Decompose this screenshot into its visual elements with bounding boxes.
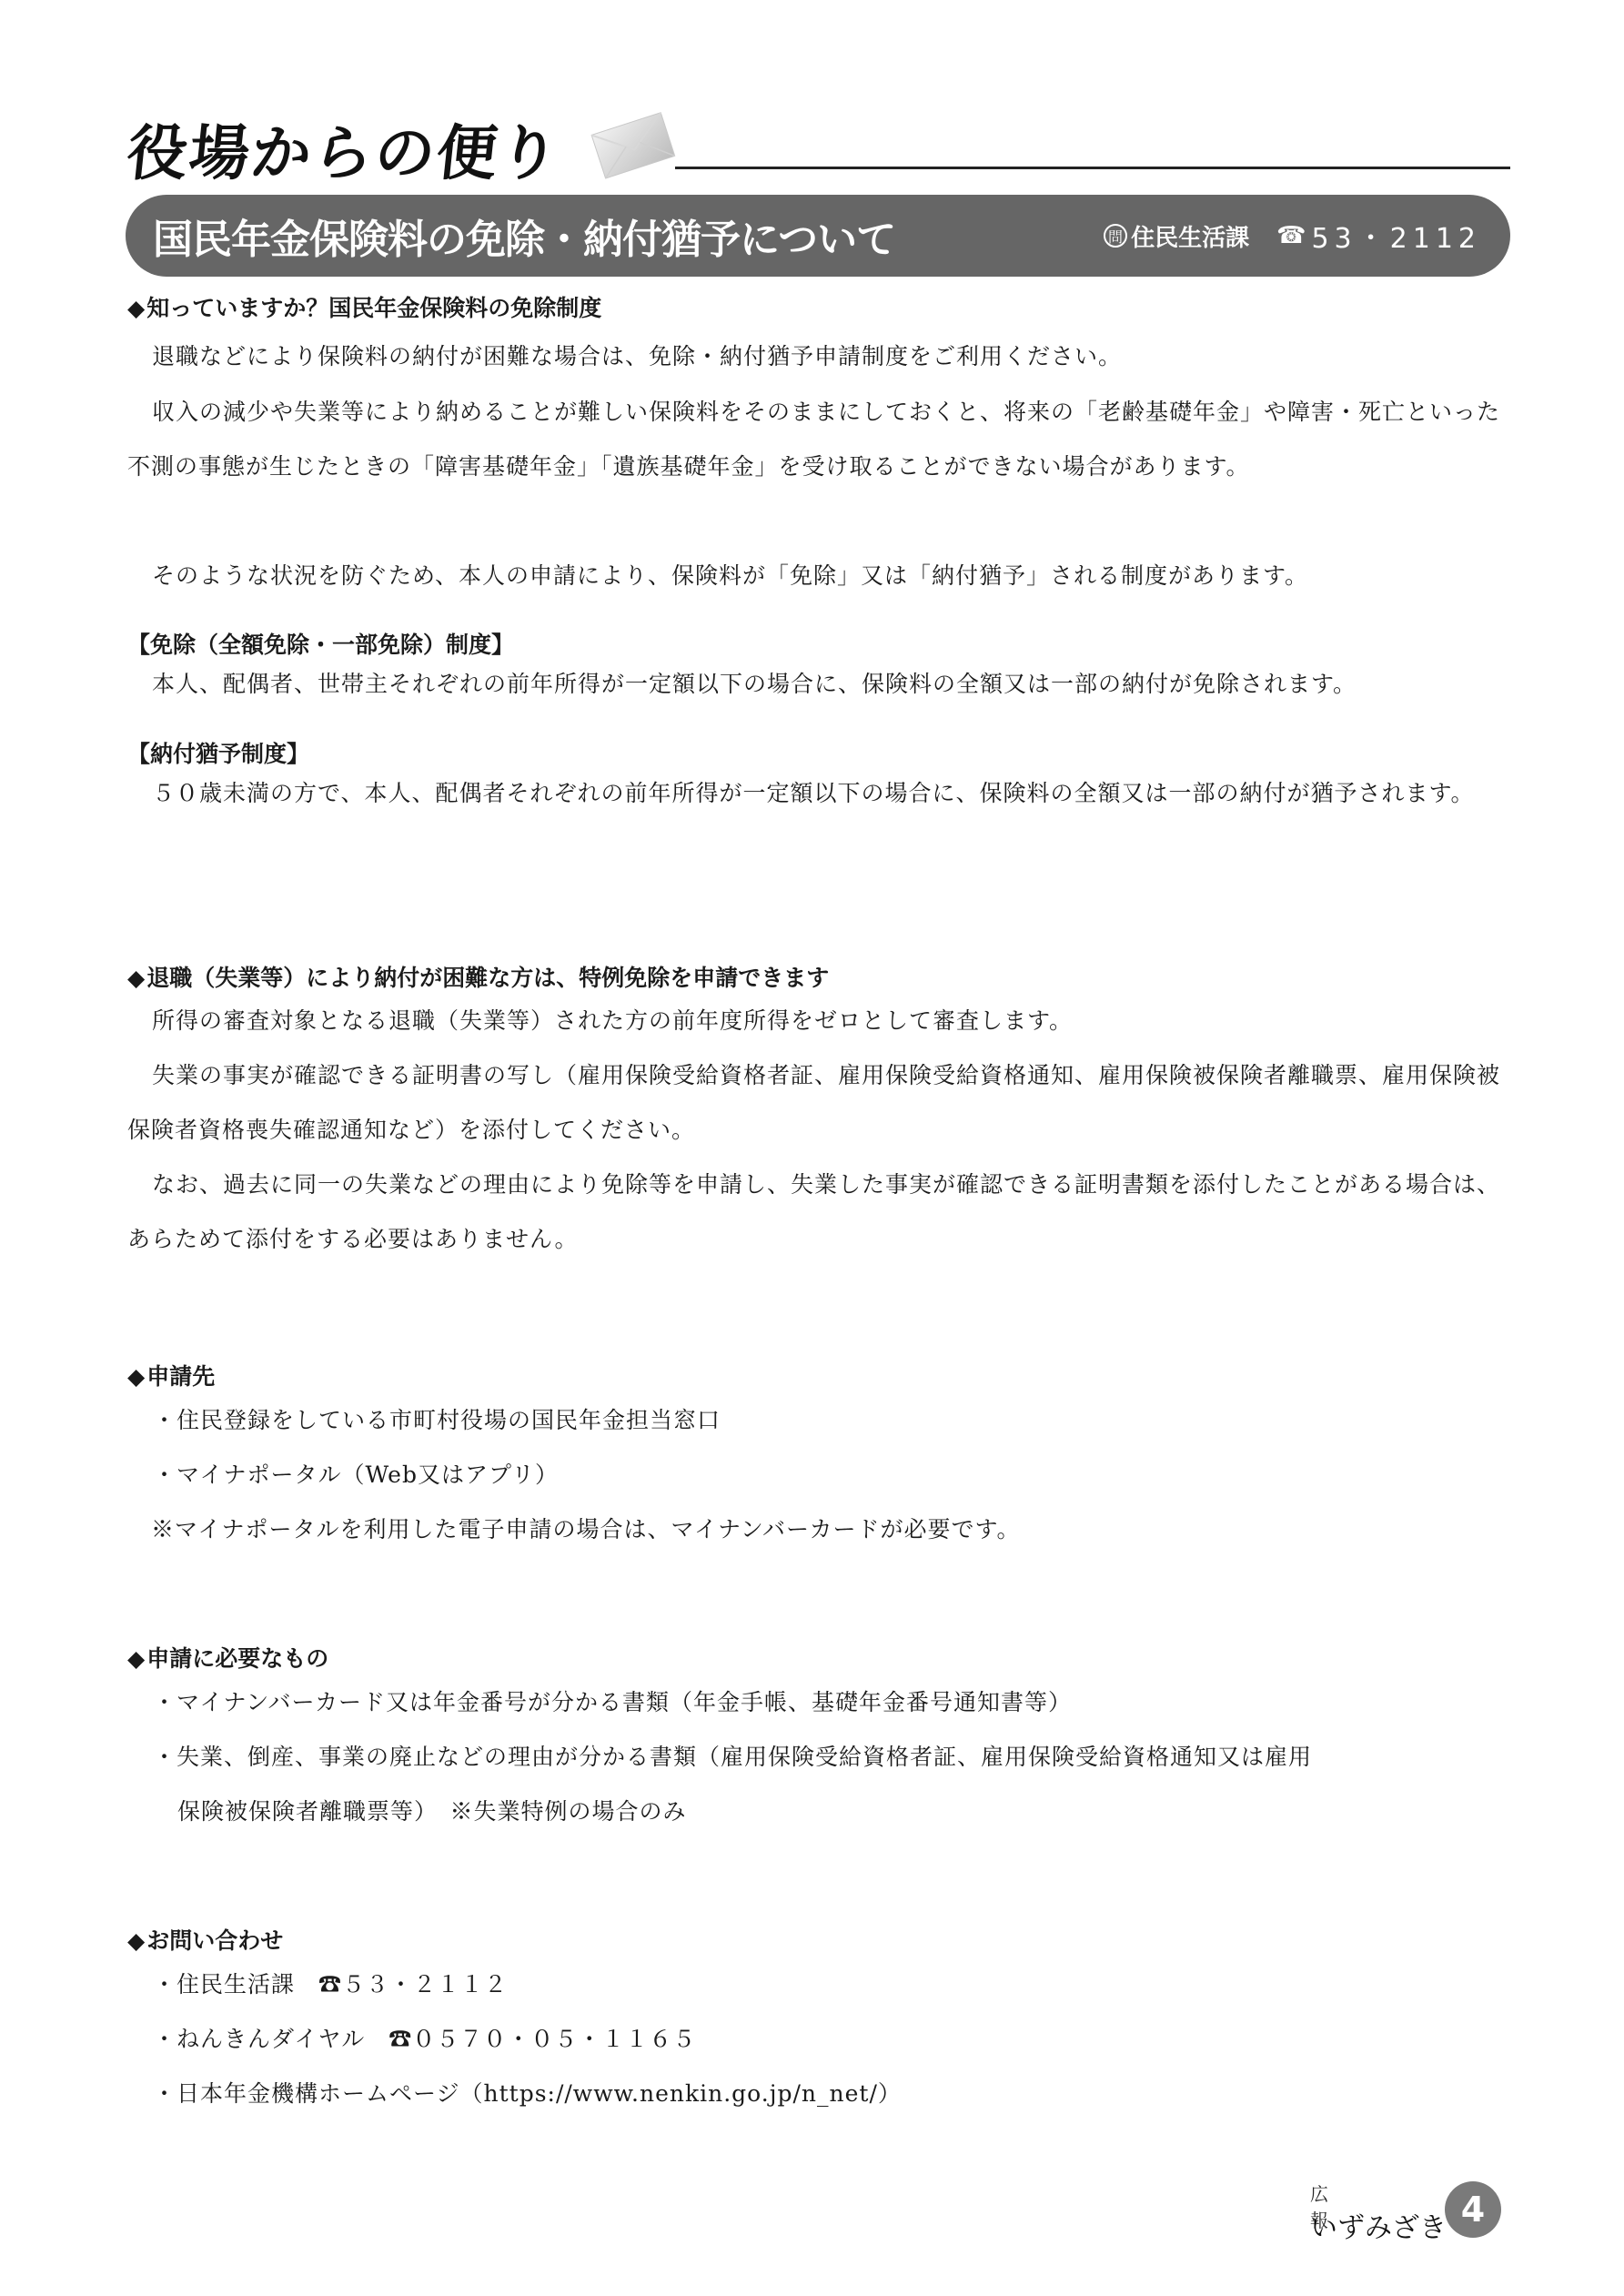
list-item-continuation: 保険被保険者離職票等） ※失業特例の場合のみ xyxy=(127,1785,1560,1839)
article-title-bar: 国民年金保険料の免除・納付猶予について 問 住民生活課 ☎ 53・2112 xyxy=(126,195,1510,277)
envelope-icon xyxy=(587,106,678,179)
section-application-place: ◆申請先 xyxy=(127,1365,1510,1392)
paragraph: そのような状況を防ぐため、本人の申請により、保険料が「免除」又は「納付猶予」され… xyxy=(127,549,1510,603)
title-phone-number: 53・2112 xyxy=(1311,216,1481,256)
list-item: ・マイナンバーカード又は年金番号が分かる書類（年金手帳、基礎年金番号通知書等） xyxy=(127,1675,1536,1730)
diamond-bullet-icon: ◆ xyxy=(127,297,145,319)
paragraph: 所得の審査対象となる退職（失業等）された方の前年度所得をゼロとして審査します。 xyxy=(127,994,1510,1048)
masthead-title: 役場からの便り xyxy=(125,124,564,184)
contact-item-website[interactable]: ・日本年金機構ホームページ（https://www.nenkin.go.jp/n… xyxy=(127,2067,1536,2121)
list-item: ・住民登録をしている市町村役場の国民年金担当窓口 xyxy=(127,1393,1536,1448)
section-special-exemption: ◆退職（失業等）により納付が困難な方は、特例免除を申請できます xyxy=(127,966,1510,994)
newsletter-page: 役場からの便り 国民年金保険料の免除・納付猶予について 問 住民生活課 ☎ 53 xyxy=(0,0,1624,2296)
section-contact: ◆お問い合わせ xyxy=(127,1929,1510,1957)
paragraph: 失業の事実が確認できる証明書の写し（雇用保険受給資格者証、雇用保険受給資格通知、… xyxy=(127,1048,1510,1158)
inquiry-mark-icon: 問 xyxy=(1104,224,1127,248)
footer-publication-name: いずみざき xyxy=(1310,2205,1447,2245)
paragraph: 本人、配偶者、世帯主それぞれの前年所得が一定額以下の場合に、保険料の全額又は一部… xyxy=(127,657,1510,712)
diamond-bullet-icon: ◆ xyxy=(127,1929,145,1952)
contact-item: ・ねんきんダイヤル ☎０５７０・０５・１１６５ xyxy=(127,2012,1536,2067)
contact-item: ・住民生活課 ☎５３・２１１２ xyxy=(127,1957,1536,2012)
note: ※マイナポータルを利用した電子申請の場合は、マイナンバーカードが必要です。 xyxy=(127,1502,1534,1557)
paragraph: なお、過去に同一の失業などの理由により免除等を申請し、失業した事実が確認できる証… xyxy=(127,1158,1510,1267)
section-required-documents: ◆申請に必要なもの xyxy=(127,1647,1510,1674)
masthead-rule xyxy=(675,167,1510,169)
page-number-badge: 4 xyxy=(1445,2181,1501,2238)
section-exemption-system: ◆知っていますか？国民年金保険料の免除制度 xyxy=(127,297,1510,324)
paragraph: 収入の減少や失業等により納めることが難しい保険料をそのままにしておくと、将来の「… xyxy=(127,385,1510,494)
phone-icon: ☎ xyxy=(1276,222,1306,249)
diamond-bullet-icon: ◆ xyxy=(127,966,145,989)
paragraph: ５０歳未満の方で、本人、配偶者それぞれの前年所得が一定額以下の場合に、保険料の全… xyxy=(127,766,1510,821)
section-heading: ◆知っていますか？国民年金保険料の免除制度 xyxy=(127,297,1510,324)
title-contact: 問 住民生活課 ☎ 53・2112 xyxy=(1104,216,1481,256)
title-department: 住民生活課 xyxy=(1131,219,1249,253)
list-item: ・マイナポータル（Web又はアプリ） xyxy=(127,1448,1536,1502)
paragraph: 退職などにより保険料の納付が困難な場合は、免除・納付猶予申請制度をご利用ください… xyxy=(127,329,1510,384)
masthead: 役場からの便り xyxy=(127,102,560,184)
list-item: ・失業、倒産、事業の廃止などの理由が分かる書類（雇用保険受給資格者証、雇用保険受… xyxy=(127,1730,1536,1785)
diamond-bullet-icon: ◆ xyxy=(127,1365,145,1388)
article-title: 国民年金保険料の免除・納付猶予について xyxy=(153,207,1104,265)
diamond-bullet-icon: ◆ xyxy=(127,1647,145,1670)
